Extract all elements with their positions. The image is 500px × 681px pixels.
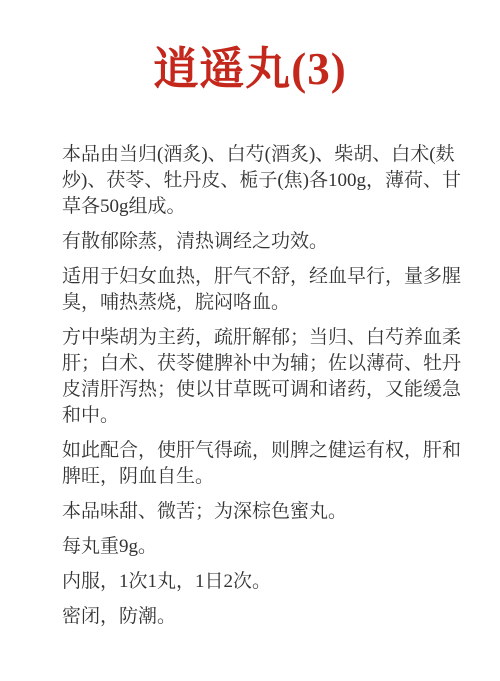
paragraph-pill-weight: 每丸重9g。: [62, 534, 476, 560]
document-body: 本品由当归(酒炙)、白芍(酒炙)、柴胡、白术(麸炒)、茯苓、牡丹皮、栀子(焦)各…: [0, 96, 500, 630]
page-title: 逍遥丸(3): [0, 44, 500, 96]
paragraph-dosage: 内服，1次1丸，1日2次。: [62, 569, 476, 595]
paragraph-properties: 本品味甜、微苦；为深棕色蜜丸。: [62, 499, 476, 525]
paragraph-indications: 适用于妇女血热，肝气不舒，经血早行，量多腥臭，哺热蒸烧，脘闷咯血。: [62, 264, 476, 316]
paragraph-synergy: 如此配合，使肝气得疏，则脾之健运有权，肝和脾旺，阴血自生。: [62, 438, 476, 490]
paragraph-storage: 密闭，防潮。: [62, 604, 476, 630]
paragraph-effects: 有散郁除蒸，清热调经之功效。: [62, 229, 476, 255]
paragraph-formula-analysis: 方中柴胡为主药，疏肝解郁；当归、白芍养血柔肝；白术、茯苓健脾补中为辅；佐以薄荷、…: [62, 325, 476, 429]
document-page: 逍遥丸(3) 本品由当归(酒炙)、白芍(酒炙)、柴胡、白术(麸炒)、茯苓、牡丹皮…: [0, 0, 500, 681]
paragraph-composition: 本品由当归(酒炙)、白芍(酒炙)、柴胡、白术(麸炒)、茯苓、牡丹皮、栀子(焦)各…: [62, 142, 476, 220]
